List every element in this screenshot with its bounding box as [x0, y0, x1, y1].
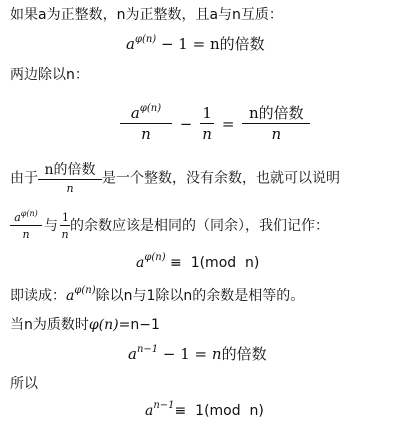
reading-prefix: 即读成： — [10, 288, 66, 304]
rhs-n: n — [210, 35, 220, 53]
fraction-a-over-n: aφ(n) n — [120, 106, 172, 142]
congruence-rest: ≡ 1(mod n) — [175, 403, 264, 419]
exponent-phi: φ(n) — [74, 285, 95, 296]
therefore-text: 所以 — [10, 377, 38, 391]
and-text: 与 — [44, 218, 58, 234]
exponent-n-minus-1: n−1 — [137, 344, 158, 355]
base-a: a — [14, 211, 21, 224]
formula-divided: aφ(n) n − 1 n = n的倍数 n — [120, 106, 310, 142]
base-a: a — [131, 104, 140, 122]
base-a: a — [126, 35, 135, 53]
denominator-n: n — [242, 124, 310, 142]
multiple-text: 的倍数 — [54, 162, 96, 178]
denominator-n: n — [120, 124, 172, 142]
numerator-1: 1 — [60, 212, 70, 226]
since-text-line: 由于 n的倍数 n 是一个整数，没有余数，也就可以说明 — [10, 163, 340, 194]
base-a: a — [128, 345, 137, 363]
since-suffix: 是一个整数，没有余数，也就可以说明 — [102, 171, 340, 187]
denominator-n: n — [38, 180, 102, 194]
denominator-n: n — [10, 226, 42, 240]
rhs-text: 的倍数 — [222, 345, 267, 363]
remainder-text-line: aφ(n) n 与 1 n 的余数应该是相同的（同余），我们记作： — [10, 212, 329, 240]
formula-prime-multiple: an−1 − 1 = n的倍数 — [128, 347, 267, 362]
exponent-phi: φ(n) — [21, 209, 38, 218]
divide-text: 两边除以n： — [10, 68, 89, 82]
denominator-n: n — [60, 226, 70, 240]
formula-rest: − 1 = — [156, 35, 210, 53]
minus-sign: − — [180, 115, 193, 133]
formula-fermat: an−1≡ 1(mod n) — [145, 404, 264, 418]
prime-suffix: =n−1 — [119, 317, 160, 333]
fraction-1-over-n: 1 n — [200, 106, 214, 142]
exponent-phi: φ(n) — [140, 103, 161, 114]
denominator-n: n — [200, 124, 214, 142]
formula-congruence: aφ(n) ≡ 1(mod n) — [136, 256, 259, 270]
phi-n: φ(n) — [89, 317, 119, 333]
n-text: n — [249, 104, 259, 122]
multiple-text: 的倍数 — [259, 104, 304, 122]
remainder-suffix: 的余数应该是相同的（同余），我们记作： — [70, 218, 329, 234]
rhs-text: 的倍数 — [220, 35, 265, 53]
formula-rest: − 1 = — [158, 345, 212, 363]
fraction-multiple-over-n: n的倍数 n — [38, 163, 102, 194]
reading-text-line: 即读成：aφ(n)除以n与1除以n的余数是相等的。 — [10, 289, 304, 303]
reading-suffix: 除以n与1除以n的余数是相等的。 — [96, 288, 305, 304]
prime-condition-line: 当n为质数时φ(n)=n−1 — [10, 318, 160, 332]
fraction-multiple-over-n: n的倍数 n — [242, 106, 310, 142]
prime-prefix: 当n为质数时 — [10, 317, 89, 333]
numerator-1: 1 — [200, 106, 214, 124]
fraction-a-over-n: aφ(n) n — [10, 212, 42, 240]
exponent-phi: φ(n) — [135, 34, 156, 45]
congruence-rest: ≡ 1(mod n) — [166, 255, 260, 271]
since-prefix: 由于 — [10, 171, 38, 187]
equals-sign: = — [222, 115, 235, 133]
n-text: n — [44, 162, 53, 178]
exponent-phi: φ(n) — [144, 252, 165, 263]
fraction-1-over-n: 1 n — [60, 212, 70, 240]
intro-text: 如果a为正整数，n为正整数，且a与n互质： — [10, 8, 283, 22]
exponent-n-minus-1: n−1 — [153, 400, 174, 411]
rhs-n: n — [212, 345, 222, 363]
formula-multiple: aφ(n) − 1 = n的倍数 — [126, 37, 265, 52]
